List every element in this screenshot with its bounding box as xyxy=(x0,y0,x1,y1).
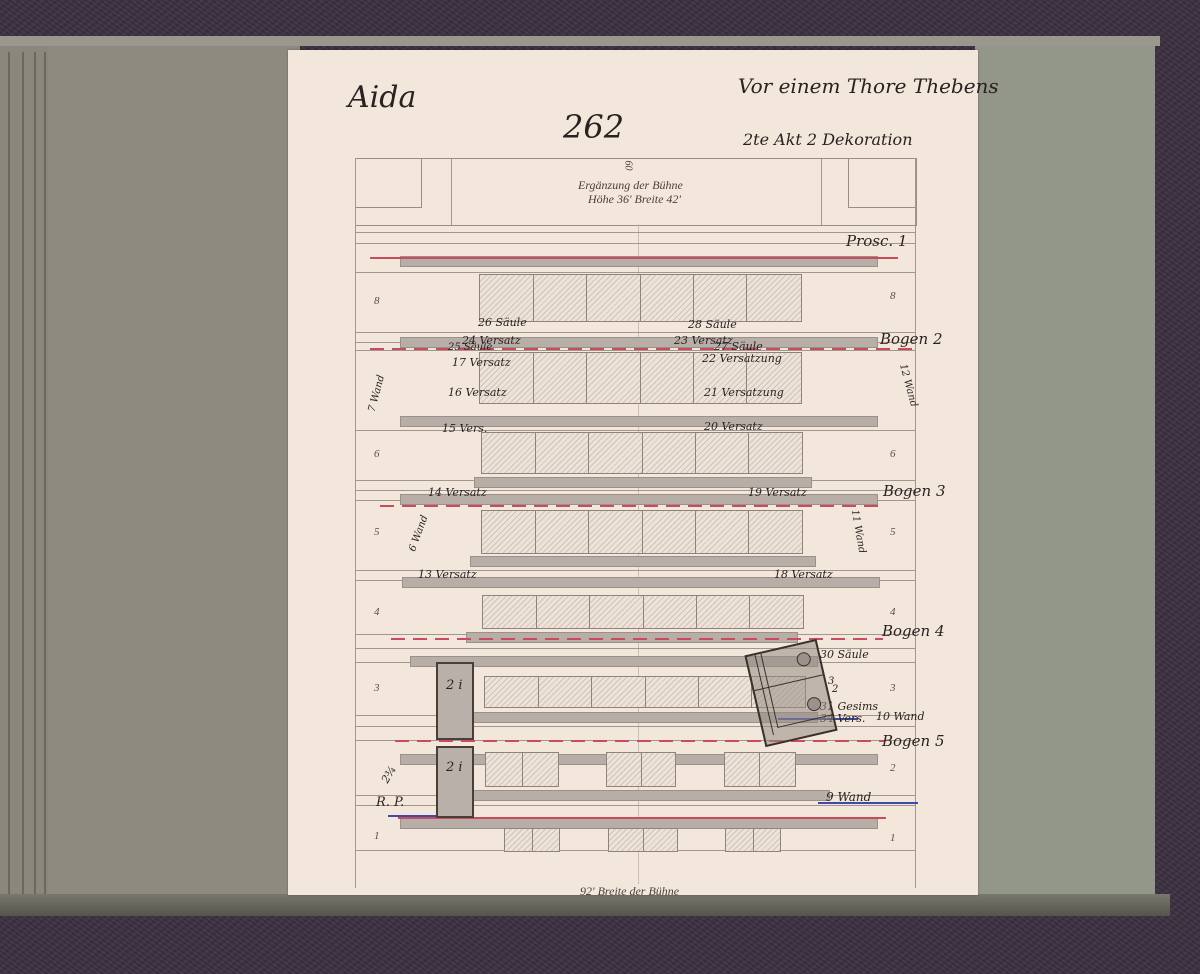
hatched-platform xyxy=(482,595,804,629)
tier-number: 1 xyxy=(374,830,380,842)
annotation: 13 Versatz xyxy=(418,568,477,581)
title-right: Vor einem Thore Thebens xyxy=(738,74,999,98)
tier-number: 6 xyxy=(374,448,380,460)
tier-number: 2 xyxy=(890,762,896,774)
red-dash-bogen5 xyxy=(395,740,885,742)
title-left: Aida xyxy=(348,80,416,115)
box-2i: 2 i xyxy=(436,662,474,740)
red-dash-bogen3 xyxy=(380,505,880,507)
tier-number: 5 xyxy=(374,526,380,538)
page-edge xyxy=(8,52,10,906)
annotation: 30 Säule xyxy=(820,648,869,661)
batten-bar xyxy=(470,556,816,567)
header-mark: 60 xyxy=(623,161,634,171)
annotation: 25 Säule xyxy=(448,342,492,353)
tier-number: 8 xyxy=(374,295,380,307)
tier-number: 8 xyxy=(890,290,896,302)
tier-number: 6 xyxy=(890,448,896,460)
tier-number: 5 xyxy=(890,526,896,538)
annotation: 19 Versatz xyxy=(748,486,807,499)
box-2i-label: 2 i xyxy=(446,678,463,693)
hatched-platform xyxy=(504,828,560,852)
label-bogen-2: Bogen 2 xyxy=(880,330,943,348)
annotation: 6 Wand xyxy=(407,514,430,553)
header-line2: Höhe 36' Breite 42' xyxy=(588,192,681,207)
annotation: 22 Versatzung xyxy=(702,352,782,365)
tier-number: 1 xyxy=(890,832,896,844)
annotation: 17 Versatz xyxy=(452,356,511,369)
label-bogen-4: Bogen 4 xyxy=(882,622,945,640)
annotation: 26 Säule xyxy=(478,316,527,329)
annotation: 9 Wand xyxy=(826,790,871,804)
page-edge xyxy=(44,52,46,906)
annotation: 21 Versatzung xyxy=(704,386,784,399)
subtitle: 2te Akt 2 Dekoration xyxy=(743,130,913,149)
hatched-platform xyxy=(725,828,781,852)
tier-number: 4 xyxy=(374,606,380,618)
annotation: 20 Versatz xyxy=(704,420,763,433)
label-bogen-3: Bogen 3 xyxy=(883,482,946,500)
album-page-right xyxy=(975,46,1155,896)
tier-number: 4 xyxy=(890,606,896,618)
album-page-left xyxy=(48,46,298,898)
tier-number: 3 xyxy=(890,682,896,694)
blue-line-rp xyxy=(388,815,438,817)
hatched-platform xyxy=(724,752,796,787)
annotation: 28 Säule xyxy=(688,318,737,331)
annotation: 2¾ xyxy=(379,764,399,786)
annotation: R. P. xyxy=(376,795,404,810)
label-prosc: Prosc. 1 xyxy=(846,232,907,250)
hatched-platform xyxy=(606,752,676,787)
red-line-prosc xyxy=(370,257,898,259)
footer-width: 92' Breite der Bühne xyxy=(580,884,679,899)
annotation: 7 Wand xyxy=(367,374,387,413)
page-edge xyxy=(34,52,36,906)
box-2i: 2 i xyxy=(436,746,474,818)
hatched-platform xyxy=(608,828,678,852)
annotation: 2 xyxy=(832,684,838,695)
stage-left-edge xyxy=(355,158,356,888)
annotation: 15 Vers. xyxy=(442,422,487,435)
annotation: 14 Versatz xyxy=(428,486,487,499)
hatched-platform xyxy=(481,510,803,554)
page-edge xyxy=(22,52,24,906)
stage-plan-sheet: Aida Vor einem Thore Thebens 262 2te Akt… xyxy=(288,50,978,895)
annotation: 10 Wand xyxy=(876,710,925,723)
label-bogen-5: Bogen 5 xyxy=(882,732,945,750)
hatched-platform xyxy=(479,274,802,322)
batten-bar xyxy=(456,790,830,801)
header-line1: Ergänzung der Bühne xyxy=(578,178,683,193)
stage-right-edge xyxy=(915,158,916,888)
plate-number: 262 xyxy=(563,108,624,146)
box-2i-label: 2 i xyxy=(446,760,463,775)
annotation: 18 Versatz xyxy=(774,568,833,581)
album-top-edge xyxy=(0,36,1160,46)
hatched-platform xyxy=(481,432,803,474)
hatched-platform xyxy=(485,752,559,787)
annotation: 11 Wand xyxy=(849,509,867,554)
tier-number: 3 xyxy=(374,682,380,694)
annotation: 16 Versatz xyxy=(448,386,507,399)
